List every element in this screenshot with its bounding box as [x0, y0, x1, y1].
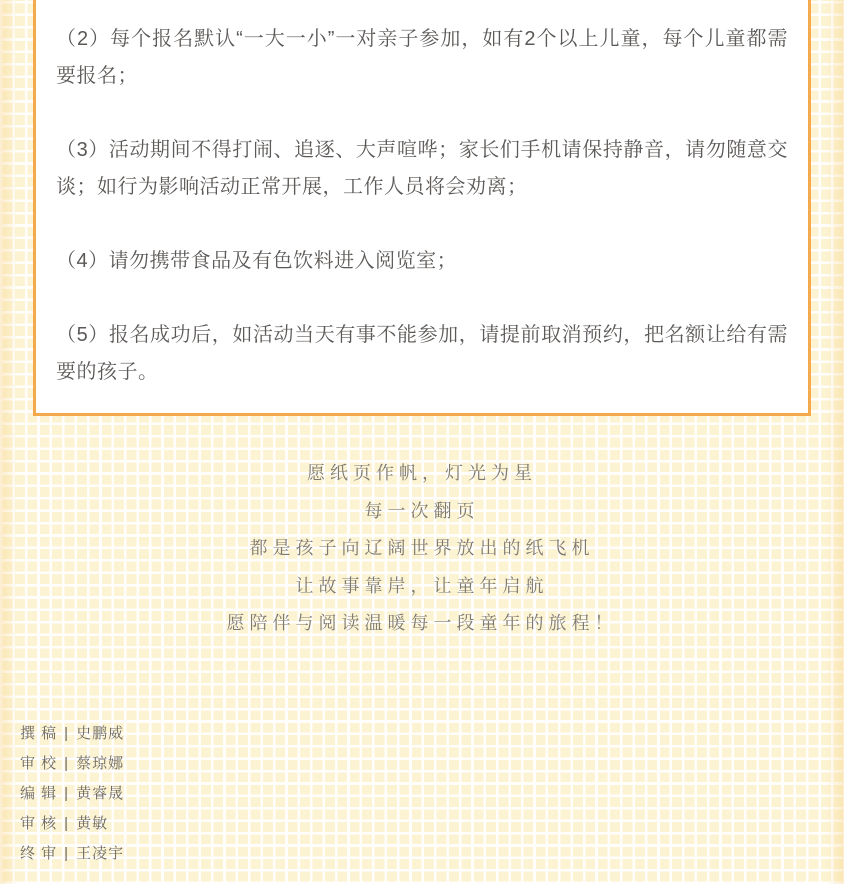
credit-name: 黄敏 [76, 815, 108, 832]
credit-separator: | [57, 755, 76, 772]
notice-rule-2: （2）每个报名默认“一大一小”一对亲子参加，如有2个以上儿童，每个儿童都需要报名… [56, 21, 788, 95]
notice-box: （2）每个报名默认“一大一小”一对亲子参加，如有2个以上儿童，每个儿童都需要报名… [33, 0, 811, 416]
credit-row: 终 审|王凌宇 [20, 839, 124, 869]
credit-row: 编 辑|黄睿晟 [20, 779, 124, 809]
credit-row: 审 校|蔡琼娜 [20, 749, 124, 779]
credit-role: 编 辑 [20, 785, 57, 802]
blessing-line: 愿纸页作帆，灯光为星 [0, 455, 844, 493]
credit-separator: | [57, 815, 76, 832]
credit-name: 史鹏威 [76, 725, 124, 742]
credit-role: 审 核 [20, 815, 57, 832]
credit-name: 王凌宇 [76, 845, 124, 862]
credit-separator: | [57, 785, 76, 802]
credit-row: 审 核|黄敏 [20, 809, 124, 839]
credit-name: 蔡琼娜 [76, 755, 124, 772]
credit-name: 黄睿晟 [76, 785, 124, 802]
notice-rule-4: （4）请勿携带食品及有色饮料进入阅览室； [56, 243, 788, 280]
credit-row: 撰 稿|史鹏威 [20, 719, 124, 749]
blessing-line: 愿陪伴与阅读温暖每一段童年的旅程！ [0, 605, 844, 643]
blessing-section: 愿纸页作帆，灯光为星 每一次翻页 都是孩子向辽阔世界放出的纸飞机 让故事靠岸，让… [0, 455, 844, 643]
credits-section: 撰 稿|史鹏威 审 校|蔡琼娜 编 辑|黄睿晟 审 核|黄敏 终 审|王凌宇 [20, 719, 124, 869]
blessing-line: 每一次翻页 [0, 493, 844, 531]
page-background: { "page": { "background_color": "#fcf3d3… [0, 0, 844, 884]
notice-rule-3: （3）活动期间不得打闹、追逐、大声喧哗；家长们手机请保持静音，请勿随意交谈；如行… [56, 132, 788, 206]
credit-role: 审 校 [20, 755, 57, 772]
blessing-line: 都是孩子向辽阔世界放出的纸飞机 [0, 530, 844, 568]
notice-rule-5: （5）报名成功后，如活动当天有事不能参加，请提前取消预约，把名额让给有需要的孩子… [56, 317, 788, 391]
credit-role: 撰 稿 [20, 725, 57, 742]
credit-separator: | [57, 845, 76, 862]
blessing-line: 让故事靠岸，让童年启航 [0, 568, 844, 606]
credit-role: 终 审 [20, 845, 57, 862]
credit-separator: | [57, 725, 76, 742]
